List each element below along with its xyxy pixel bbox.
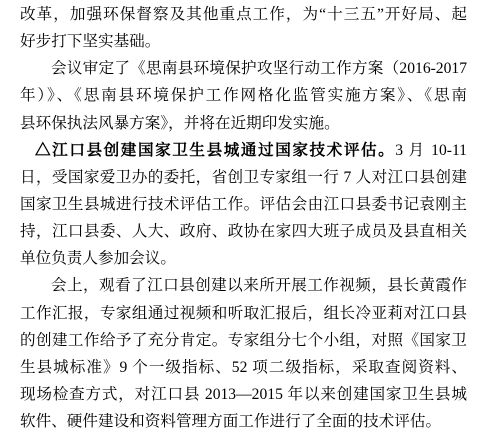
text-line: 县环保执法风暴方案》，并将在近期印发实施。 (20, 110, 467, 137)
document-text: 改革，加强环保督察及其他重点工作，为“十三五”开好局、起 好步打下坚实基础。 会… (20, 1, 467, 435)
bulletin-item-title: △江口县创建国家卫生县城通过国家技术评估。 (35, 142, 395, 159)
text-line: 工作汇报，专家组通过视频和听取汇报后，组长冷亚莉对江口县 (20, 300, 467, 327)
text-line: 持，江口县委、人大、政府、政协在家四大班子成员及县直相关 (20, 218, 467, 245)
text-line: 国家卫生县城进行技术评估工作。评估会由江口县委书记袁刚主 (20, 191, 467, 218)
text-line: 现场检查方式，对江口县 2013—2015 年以来创建国家卫生县城 (20, 381, 467, 408)
text-line: 会议审定了《思南县环境保护攻坚行动工作方案（2016-2017 (20, 55, 467, 82)
text-line: 会上，观看了江口县创建以来所开展工作视频，县长黄霞作 (20, 272, 467, 299)
document-page: 改革，加强环保督察及其他重点工作，为“十三五”开好局、起 好步打下坚实基础。 会… (0, 0, 487, 444)
text-line: 的创建工作给予了充分肯定。专家组分七个小组，对照《国家卫 (20, 327, 467, 354)
text-line: 好步打下坚实基础。 (20, 28, 467, 55)
text-line: △江口县创建国家卫生县城通过国家技术评估。3 月 10-11 (20, 137, 467, 164)
text-line: 单位负责人参加会议。 (20, 245, 467, 272)
text-line: 改革，加强环保督察及其他重点工作，为“十三五”开好局、起 (20, 1, 467, 28)
text-line: 软件、硬件建设和资料管理方面工作进行了全面的技术评估。 (20, 408, 467, 435)
text-line: 生县城标准》9 个一级指标、52 项二级指标，采取查阅资料、 (20, 354, 467, 381)
bulletin-item-date: 3 月 10-11 (395, 142, 467, 159)
text-line: 日，受国家爱卫办的委托，省创卫专家组一行 7 人对江口县创建 (20, 164, 467, 191)
text-line: 年）》、《思南县环境保护工作网格化监管实施方案》、《思南 (20, 82, 467, 109)
